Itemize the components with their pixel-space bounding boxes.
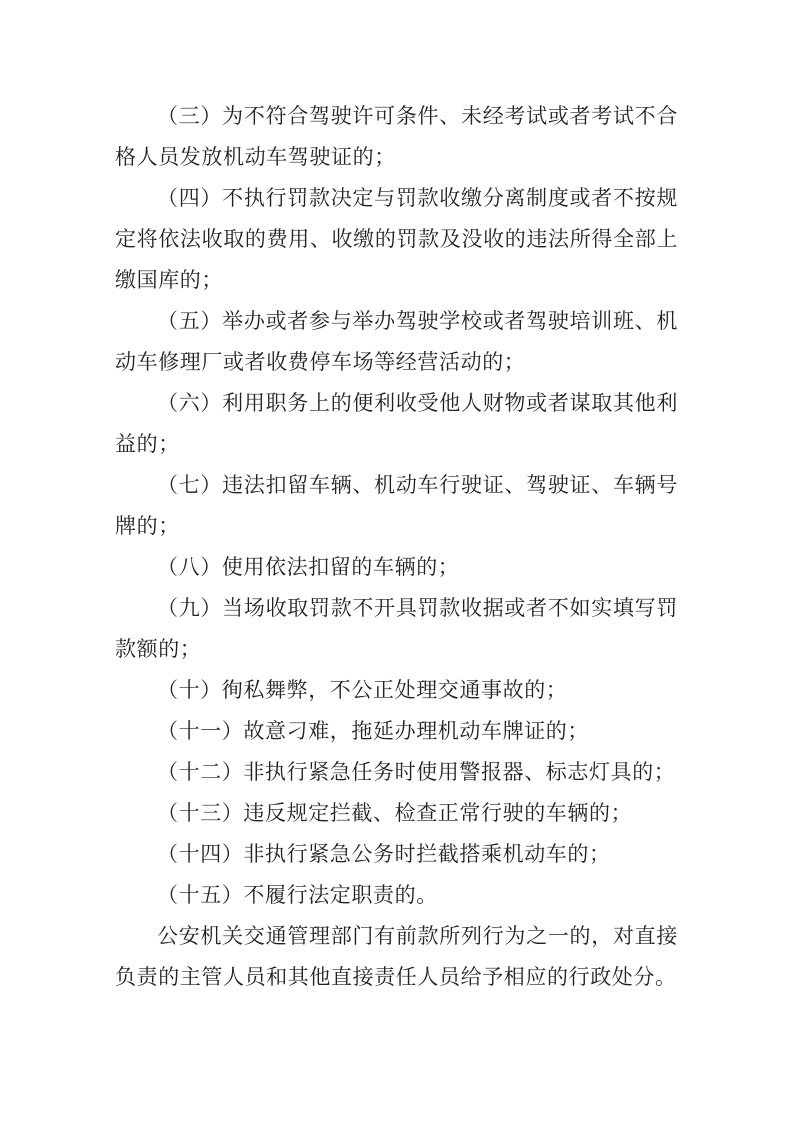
paragraph: （十一）故意刁难，拖延办理机动车牌证的；	[115, 711, 678, 752]
paragraph: （十）徇私舞弊，不公正处理交通事故的；	[115, 670, 678, 711]
paragraph: （三）为不符合驾驶许可条件、未经考试或者考试不合格人员发放机动车驾驶证的；	[115, 96, 678, 178]
paragraph: （十二）非执行紧急任务时使用警报器、标志灯具的；	[115, 752, 678, 793]
paragraph: （四）不执行罚款决定与罚款收缴分离制度或者不按规定将依法收取的费用、收缴的罚款及…	[115, 178, 678, 301]
paragraph: （六）利用职务上的便利收受他人财物或者谋取其他利益的；	[115, 383, 678, 465]
document-page: （三）为不符合驾驶许可条件、未经考试或者考试不合格人员发放机动车驾驶证的；（四）…	[0, 0, 793, 1122]
paragraph: （九）当场收取罚款不开具罚款收据或者不如实填写罚款额的；	[115, 588, 678, 670]
paragraph: （五）举办或者参与举办驾驶学校或者驾驶培训班、机动车修理厂或者收费停车场等经营活…	[115, 301, 678, 383]
paragraph: （七）违法扣留车辆、机动车行驶证、驾驶证、车辆号牌的；	[115, 465, 678, 547]
paragraph: （八）使用依法扣留的车辆的；	[115, 547, 678, 588]
paragraph: （十五）不履行法定职责的。	[115, 875, 678, 916]
paragraph: 公安机关交通管理部门有前款所列行为之一的，对直接负责的主管人员和其他直接责任人员…	[115, 916, 678, 998]
paragraph: （十三）违反规定拦截、检查正常行驶的车辆的；	[115, 793, 678, 834]
paragraph: （十四）非执行紧急公务时拦截搭乘机动车的；	[115, 834, 678, 875]
document-body: （三）为不符合驾驶许可条件、未经考试或者考试不合格人员发放机动车驾驶证的；（四）…	[115, 96, 678, 998]
